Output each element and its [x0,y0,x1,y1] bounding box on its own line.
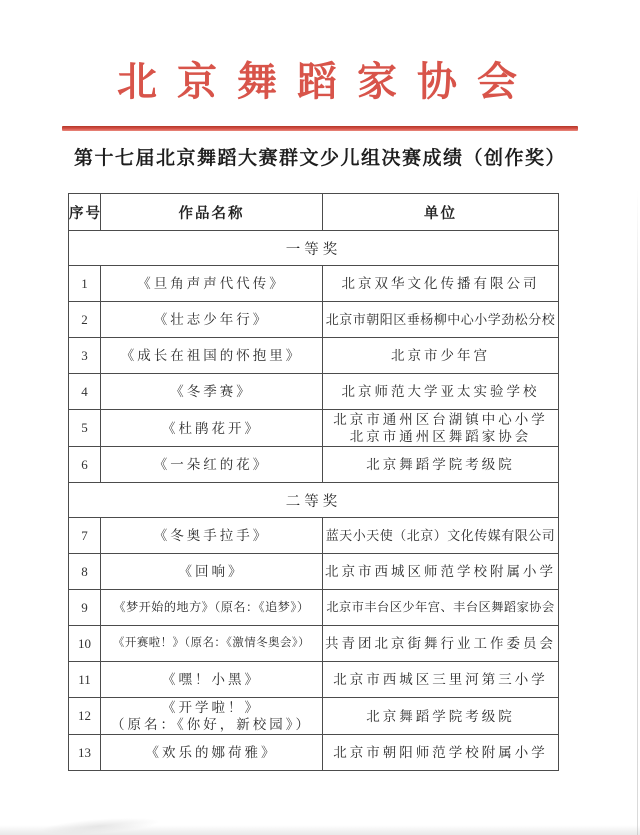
cell-text-line: 北京市丰台区少年宫、丰台区舞蹈家协会 [325,599,556,616]
result-row: 7《冬奥手拉手》蓝天小天使（北京）文化传媒有限公司 [69,518,559,554]
cell-text-line: 共青团北京街舞行业工作委员会 [325,635,556,652]
cell-text-line: 《欢乐的娜荷雅》 [103,744,320,761]
table-header-row: 序号 作品名称 单位 [69,194,559,231]
work-name-cell: 《一朵红的花》 [101,447,323,483]
prize-section-row: 一等奖 [69,231,559,266]
result-row: 6《一朵红的花》北京舞蹈学院考级院 [69,447,559,483]
row-serial-number: 11 [69,662,101,698]
scan-bottom-shadow [0,825,640,835]
result-row: 4《冬季赛》北京师范大学亚太实验学校 [69,374,559,410]
cell-text-line: 《冬奥手拉手》 [103,527,320,544]
cell-text-line: 北京市通州区台湖镇中心小学 [325,411,556,428]
cell-text-line: 《梦开始的地方》（原名：《追梦》） [103,599,320,616]
work-name-cell: 《欢乐的娜荷雅》 [101,735,323,771]
row-serial-number: 6 [69,447,101,483]
unit-cell: 北京师范大学亚太实验学校 [323,374,559,410]
cell-text-line: 北京舞蹈学院考级院 [325,708,556,725]
result-row: 11《嘿！小黑》北京市西城区三里河第三小学 [69,662,559,698]
header-work-name: 作品名称 [101,194,323,231]
unit-cell: 北京舞蹈学院考级院 [323,698,559,735]
cell-text-line: 《成长在祖国的怀抱里》 [103,347,320,364]
header-serial-number: 序号 [69,194,101,231]
cell-text-line: 《冬季赛》 [103,383,320,400]
header-unit: 单位 [323,194,559,231]
unit-cell: 蓝天小天使（北京）文化传媒有限公司 [323,518,559,554]
work-name-cell: 《开学啦！》（原名：《你好，新校园》） [101,698,323,735]
row-serial-number: 4 [69,374,101,410]
cell-text-line: 《壮志少年行》 [103,311,320,328]
result-row: 10《开赛啦！》（原名：《激情冬奥会》）共青团北京街舞行业工作委员会 [69,626,559,662]
cell-text-line: 北京市少年宫 [325,347,556,364]
cell-text-line: 北京市朝阳区垂杨柳中心小学劲松分校 [325,311,556,328]
unit-cell: 北京市丰台区少年宫、丰台区舞蹈家协会 [323,590,559,626]
cell-text-line: 《旦角声声代代传》 [103,275,320,292]
row-serial-number: 8 [69,554,101,590]
work-name-cell: 《冬奥手拉手》 [101,518,323,554]
prize-section-label: 二等奖 [69,483,559,518]
unit-cell: 北京舞蹈学院考级院 [323,447,559,483]
cell-text-line: 北京市通州区舞蹈家协会 [325,428,556,445]
cell-text-line: 《开学啦！》 [103,699,320,716]
work-name-cell: 《成长在祖国的怀抱里》 [101,338,323,374]
result-row: 2《壮志少年行》北京市朝阳区垂杨柳中心小学劲松分校 [69,302,559,338]
work-name-cell: 《梦开始的地方》（原名：《追梦》） [101,590,323,626]
cell-text-line: 北京舞蹈学院考级院 [325,456,556,473]
cell-text-line: 《开赛啦！》（原名：《激情冬奥会》） [103,635,320,652]
row-serial-number: 13 [69,735,101,771]
unit-cell: 北京市朝阳师范学校附属小学 [323,735,559,771]
row-serial-number: 12 [69,698,101,735]
result-row: 1《旦角声声代代传》北京双华文化传播有限公司 [69,266,559,302]
org-title: 北京舞蹈家协会 [0,60,640,104]
unit-cell: 北京市少年宫 [323,338,559,374]
result-row: 13《欢乐的娜荷雅》北京市朝阳师范学校附属小学 [69,735,559,771]
row-serial-number: 7 [69,518,101,554]
scan-edge-shadow [637,190,638,835]
results-table-body: 一等奖1《旦角声声代代传》北京双华文化传播有限公司2《壮志少年行》北京市朝阳区垂… [69,231,559,771]
cell-text-line: 北京双华文化传播有限公司 [325,275,556,292]
work-name-cell: 《杜鹃花开》 [101,410,323,447]
cell-text-line: 蓝天小天使（北京）文化传媒有限公司 [325,527,556,544]
unit-cell: 北京双华文化传播有限公司 [323,266,559,302]
row-serial-number: 2 [69,302,101,338]
row-serial-number: 5 [69,410,101,447]
prize-section-row: 二等奖 [69,483,559,518]
result-row: 3《成长在祖国的怀抱里》北京市少年宫 [69,338,559,374]
unit-cell: 北京市西城区三里河第三小学 [323,662,559,698]
unit-cell: 北京市通州区台湖镇中心小学北京市通州区舞蹈家协会 [323,410,559,447]
cell-text-line: 北京市西城区三里河第三小学 [325,671,556,688]
work-name-cell: 《旦角声声代代传》 [101,266,323,302]
work-name-cell: 《冬季赛》 [101,374,323,410]
work-name-cell: 《壮志少年行》 [101,302,323,338]
result-row: 12《开学啦！》（原名：《你好，新校园》）北京舞蹈学院考级院 [69,698,559,735]
work-name-cell: 《回响》 [101,554,323,590]
document-page: 北京舞蹈家协会 第十七届北京舞蹈大赛群文少儿组决赛成绩（创作奖） 序号 作品名称… [0,0,640,835]
cell-text-line: 北京市朝阳师范学校附属小学 [325,744,556,761]
result-row: 5《杜鹃花开》北京市通州区台湖镇中心小学北京市通州区舞蹈家协会 [69,410,559,447]
row-serial-number: 10 [69,626,101,662]
unit-cell: 北京市西城区师范学校附属小学 [323,554,559,590]
cell-text-line: 《杜鹃花开》 [103,420,320,437]
doc-subtitle: 第十七届北京舞蹈大赛群文少儿组决赛成绩（创作奖） [0,143,640,170]
cell-text-line: 北京师范大学亚太实验学校 [325,383,556,400]
cell-text-line: （原名：《你好，新校园》） [103,716,320,733]
row-serial-number: 1 [69,266,101,302]
prize-section-label: 一等奖 [69,231,559,266]
results-table: 序号 作品名称 单位 一等奖1《旦角声声代代传》北京双华文化传播有限公司2《壮志… [68,193,559,771]
unit-cell: 北京市朝阳区垂杨柳中心小学劲松分校 [323,302,559,338]
unit-cell: 共青团北京街舞行业工作委员会 [323,626,559,662]
cell-text-line: 《回响》 [103,563,320,580]
work-name-cell: 《嘿！小黑》 [101,662,323,698]
cell-text-line: 《一朵红的花》 [103,456,320,473]
cell-text-line: 北京市西城区师范学校附属小学 [325,563,556,580]
cell-text-line: 《嘿！小黑》 [103,671,320,688]
result-row: 9《梦开始的地方》（原名：《追梦》）北京市丰台区少年宫、丰台区舞蹈家协会 [69,590,559,626]
red-divider-line [62,126,578,131]
row-serial-number: 9 [69,590,101,626]
row-serial-number: 3 [69,338,101,374]
work-name-cell: 《开赛啦！》（原名：《激情冬奥会》） [101,626,323,662]
result-row: 8《回响》北京市西城区师范学校附属小学 [69,554,559,590]
